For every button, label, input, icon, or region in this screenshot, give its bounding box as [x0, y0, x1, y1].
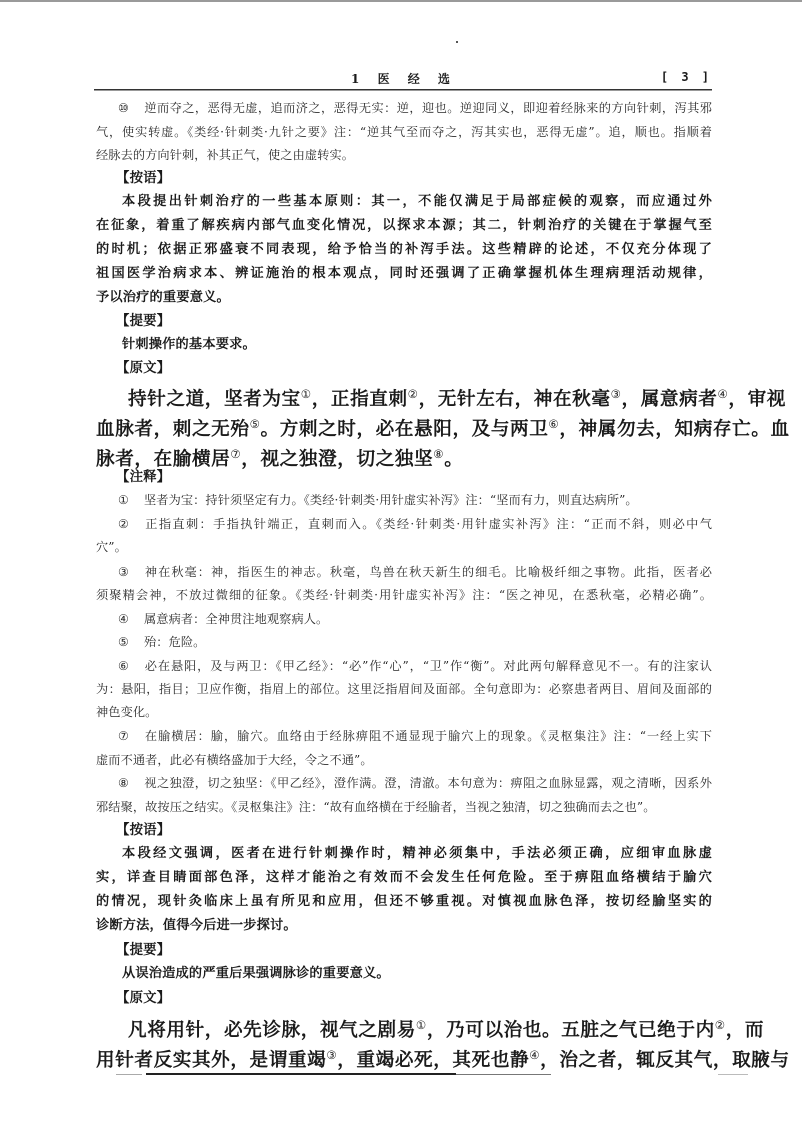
note-marker: ⑩ — [118, 98, 144, 118]
notes-heading: 【注释】 — [116, 467, 732, 487]
commentary-line: 的情况，现针灸临床上虽有所见和应用，但还不够重视。对慎视血脉色泽，按切经腧坚实的 — [96, 892, 712, 912]
original-heading-2: 【原文】 — [116, 988, 732, 1008]
commentary-heading: 【按语】 — [116, 168, 732, 188]
note-marker: ⑦ — [118, 726, 144, 746]
note-3-line-2: 须聚精会神，不放过微细的征象。《类经·针刺类·用针虚实补泻》注：“医之神见，在悉… — [96, 585, 712, 605]
commentary-heading-2: 【按语】 — [116, 820, 732, 840]
header-rule-shadow — [94, 90, 712, 91]
note-6-line-1: ⑥必在悬阳，及与两卫：《甲乙经》：“必”作“心”，“卫”作“衡”。对此两句解释意… — [118, 656, 712, 676]
commentary-line: 本段提出针刺治疗的一些基本原则：其一，不能仅满足于局部症候的观察，而应通过外 — [122, 192, 712, 212]
note-2-line-1: ②正指直刺：手指执针端正，直刺而入。《类经·针刺类·用针虚实补泻》注：“正而不斜… — [118, 514, 712, 534]
page-number: [ 3 ] — [661, 70, 712, 84]
commentary-line: 实，详查目睛面部色泽，这样才能治之有效而不会发生任何危险。至于痹阻血络横结于腧穴 — [96, 868, 712, 888]
note-marker: ⑧ — [118, 773, 144, 793]
note-10-line-2: 气，使实转虚。《类经·针刺类·九针之要》注：“逆其气至而夺之，泻其实也，恶得无虚… — [96, 122, 712, 142]
note-10-line-1: ⑩逆而夺之，恶得无虚，追而济之，恶得无实：逆，迎也。逆迎同义，即迎着经脉来的方向… — [118, 98, 712, 118]
note-8-line-1: ⑧视之独澄，切之独坚：《甲乙经》，澄作满。澄，清澈。本句意为：痹阻之血脉显露，观… — [118, 773, 712, 793]
note-marker: ⑥ — [118, 656, 144, 676]
summary-heading-2: 【提要】 — [116, 940, 732, 960]
commentary-line: 予以治疗的重要意义。 — [96, 288, 712, 308]
footer-rule-faint — [116, 1074, 142, 1075]
commentary-line: 的时机；依据正邪盛衰不同表现，给予恰当的补泻手法。这些精辟的论述，不仅充分体现了 — [96, 240, 712, 260]
note-marker: ① — [118, 490, 144, 510]
note-6-line-3: 神色变化。 — [96, 702, 712, 722]
note-marker: ⑤ — [118, 632, 144, 652]
summary-text-2: 从误治造成的严重后果强调脉诊的重要意义。 — [122, 964, 738, 984]
note-4: ④属意病者：全神贯注地观察病人。 — [118, 609, 734, 629]
commentary-line: 诊断方法，值得今后进一步探讨。 — [96, 916, 712, 936]
summary-heading: 【提要】 — [116, 311, 732, 331]
commentary-line: 本段经文强调，医者在进行针刺操作时，精神必须集中，手法必须正确，应细审血脉虚 — [122, 844, 712, 864]
summary-text: 针刺操作的基本要求。 — [122, 335, 738, 355]
note-3-line-1: ③神在秋毫：神，指医生的神志。秋毫，鸟兽在秋天新生的细毛。比喻极纤细之事物。此指… — [118, 562, 712, 582]
note-6-line-2: 为：悬阳，指目；卫应作衡，指眉上的部位。这里泛指眉间及面部。全句意即为：必察患者… — [96, 679, 712, 699]
footer-marks — [718, 1074, 748, 1075]
note-8-line-2: 邪结聚，故按压之结实。《灵枢集注》注：“故有血络横在于经腧者，当视之独清，切之独… — [96, 797, 712, 817]
commentary-line: 在征象，着重了解疾病内部气血变化情况，以探求本源；其二，针刺治疗的关键在于掌握气… — [96, 216, 712, 236]
note-1: ①坚者为宝：持针须坚定有力。《类经·针刺类·用针虚实补泻》注：“坚而有力，则直达… — [118, 490, 734, 510]
original-heading: 【原文】 — [116, 358, 732, 378]
note-7-line-2: 虚而不通者，此必有横络盛加于大经，令之不通”。 — [96, 750, 712, 770]
note-5: ⑤殆：危险。 — [118, 632, 734, 652]
note-7-line-1: ⑦在腧横居：腧，腧穴。血络由于经脉痹阻不通显现于腧穴上的现象。《灵枢集注》注：“… — [118, 726, 712, 746]
original-text-2-line-1: 凡将用针，必先诊脉，视气之剧易①，乃可以治也。五脏之气已绝于内②，而 — [128, 1012, 712, 1044]
commentary-line: 祖国医学治病求本、辨证施治的根本观点，同时还强调了正确掌握机体生理病理活动规律， — [96, 264, 712, 284]
scan-speck — [456, 41, 458, 43]
note-10-line-3: 经脉去的方向针刺，补其正气，使之由虚转实。 — [96, 145, 712, 165]
note-marker: ② — [118, 514, 144, 534]
scan-top-edge — [0, 0, 802, 2]
chapter-title: 1 医 经 选 — [96, 70, 712, 87]
original-text-2-line-2: 用针者反实其外，是谓重竭③，重竭必死，其死也静④，治之者，辄反其气，取腋与 — [96, 1042, 712, 1074]
original-text-line-1: 持针之道，坚者为宝①，正指直刺②，无针左右，神在秋毫③，属意病者④，审视 — [128, 381, 712, 413]
note-marker: ④ — [118, 609, 144, 629]
footer-rule — [146, 1073, 456, 1075]
note-marker: ③ — [118, 562, 144, 582]
note-2-line-2: 穴”。 — [96, 537, 712, 557]
running-header: 1 医 经 选 [ 3 ] — [96, 68, 712, 90]
footer-rule-tail — [456, 1074, 551, 1075]
original-text-line-2: 血脉者，刺之无殆⑤。方刺之时，必在悬阳，及与两卫⑥，神属勿去，知病存亡。血 — [96, 411, 712, 443]
